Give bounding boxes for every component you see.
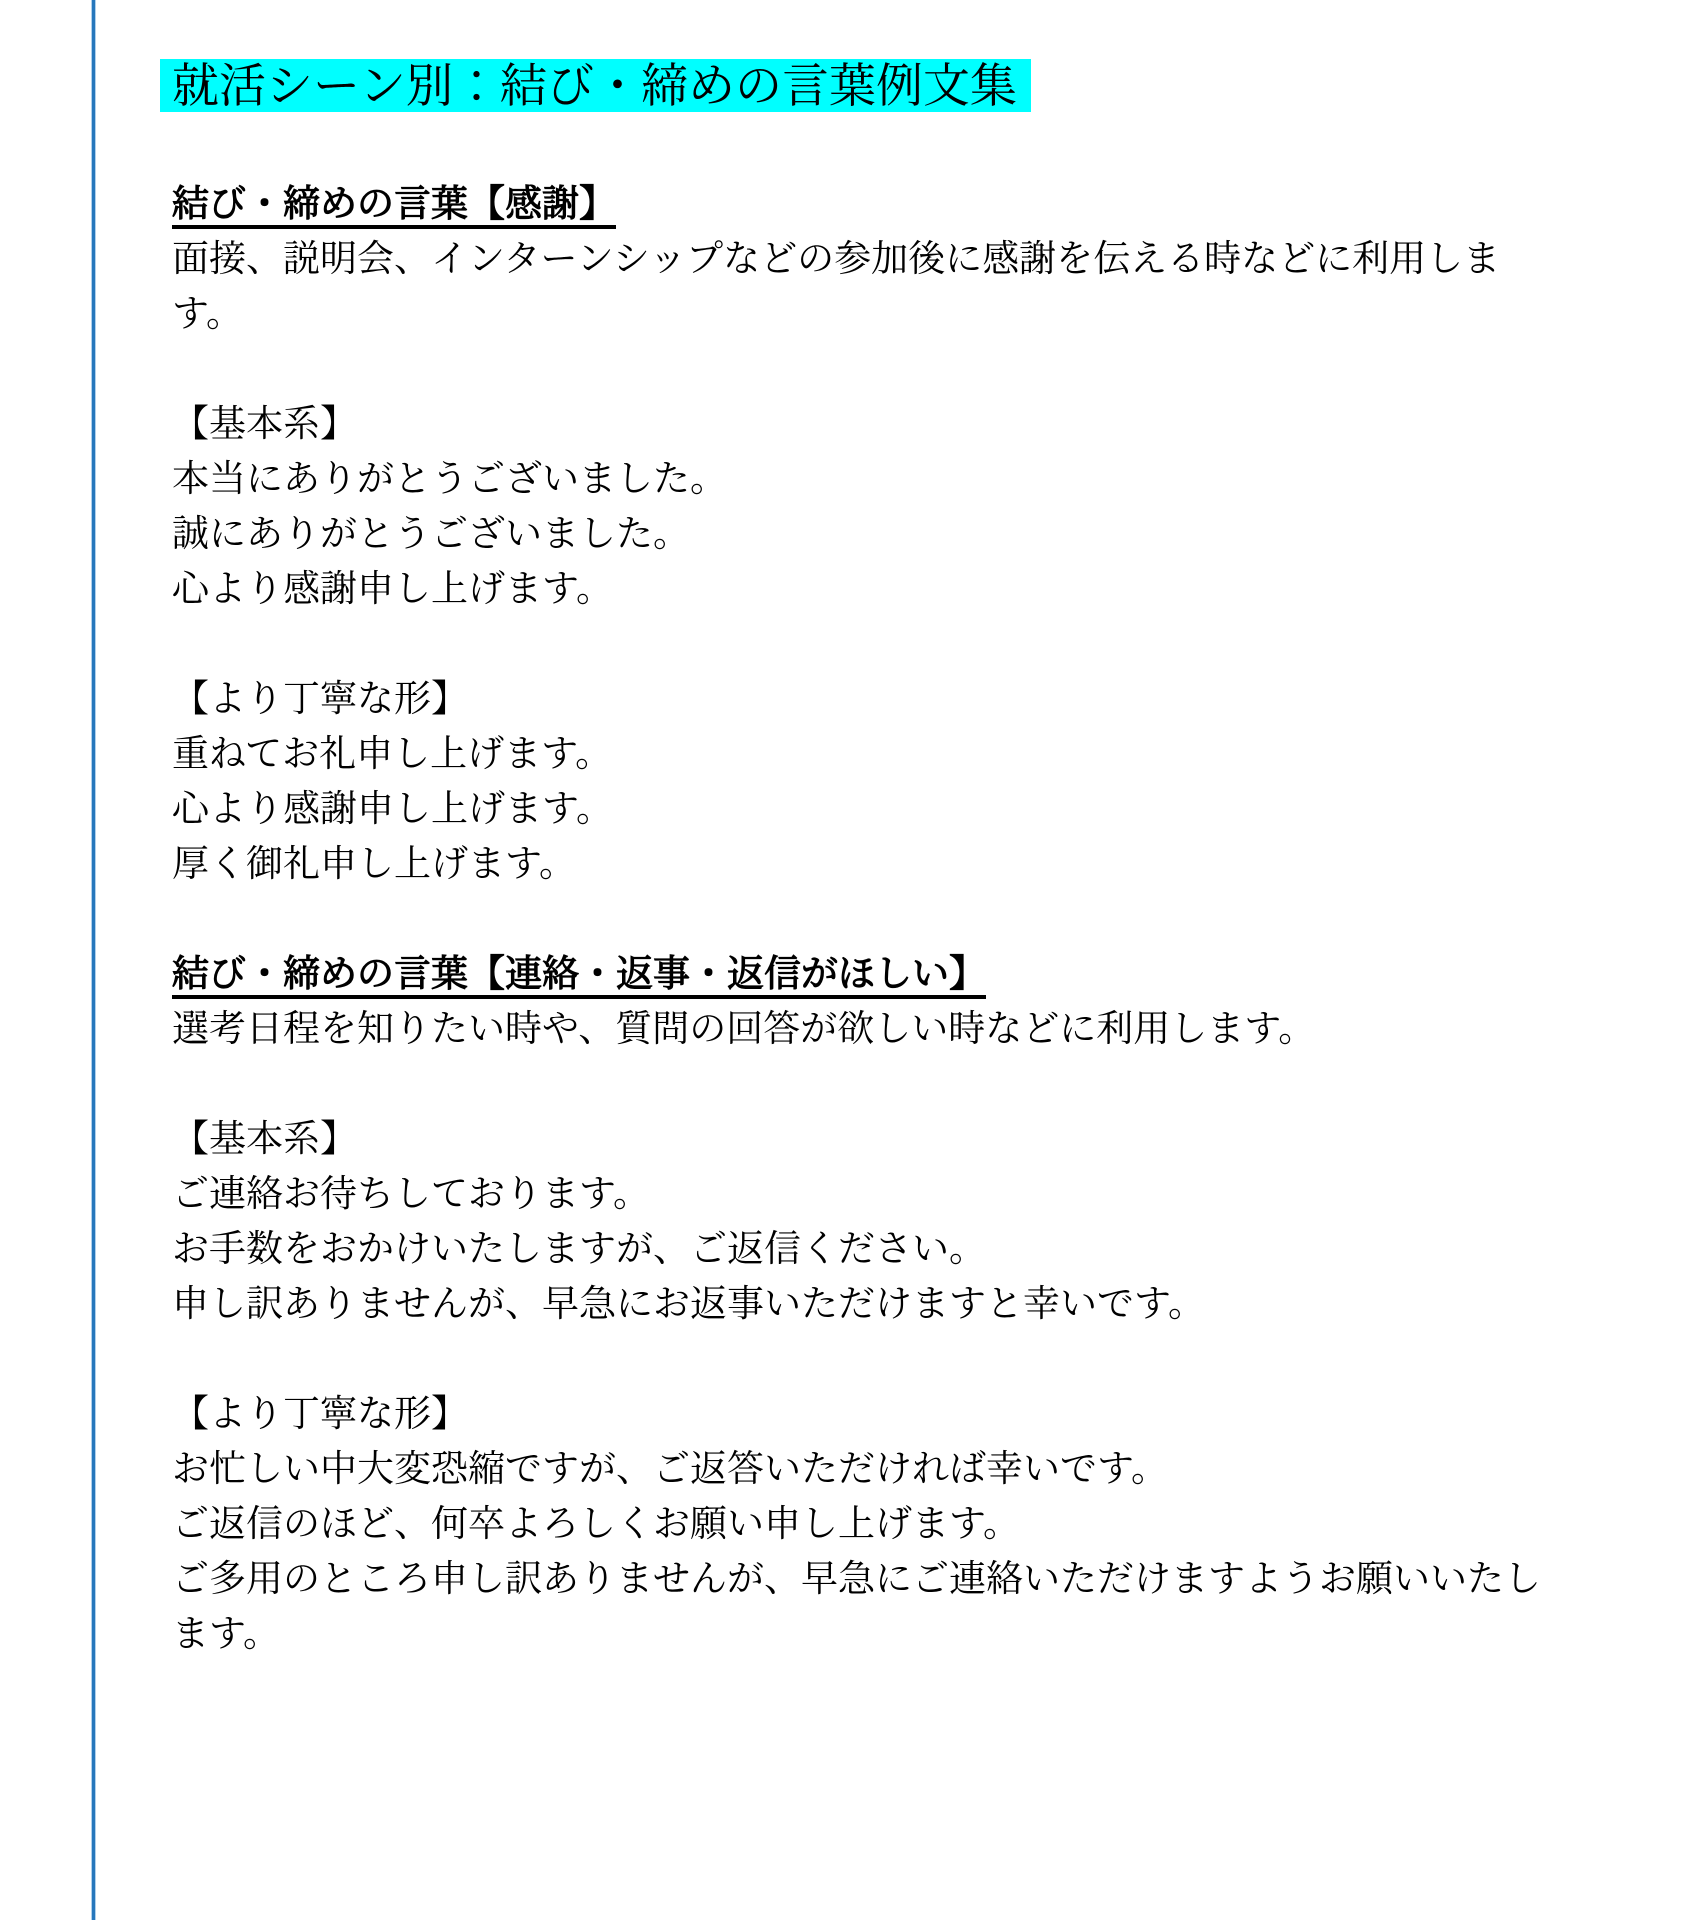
section-gratitude: 結び・締めの言葉【感謝】 面接、説明会、インターンシップなどの参加後に感謝を伝え…: [172, 176, 1554, 891]
group-label: 【基本系】: [172, 396, 1554, 451]
phrase-item: ご多用のところ申し訳ありませんが、早急にご連絡いただけますようお願いいたします。: [172, 1551, 1554, 1661]
phrase-item: 申し訳ありませんが、早急にお返事いただけますと幸いです。: [172, 1276, 1554, 1331]
page-title: 就活シーン別：結び・締めの言葉例文集: [160, 59, 1031, 112]
section-heading-text: 結び・締めの言葉【感謝】: [172, 183, 616, 229]
phrase-item: 誠にありがとうございました。: [172, 506, 1554, 561]
phrase-item: 厚く御礼申し上げます。: [172, 836, 1554, 891]
phrase-item: 心より感謝申し上げます。: [172, 561, 1554, 616]
phrase-item: ご返信のほど、何卒よろしくお願い申し上げます。: [172, 1496, 1554, 1551]
section-request-reply: 結び・締めの言葉【連絡・返事・返信がほしい】 選考日程を知りたい時や、質問の回答…: [172, 946, 1554, 1661]
phrase-group-polite: 【より丁寧な形】 お忙しい中大変恐縮ですが、ご返答いただければ幸いです。 ご返信…: [172, 1386, 1554, 1661]
phrase-group-basic: 【基本系】 本当にありがとうございました。 誠にありがとうございました。 心より…: [172, 396, 1554, 616]
document-content: 就活シーン別：結び・締めの言葉例文集 結び・締めの言葉【感謝】 面接、説明会、イ…: [172, 0, 1554, 1661]
phrase-item: 心より感謝申し上げます。: [172, 781, 1554, 836]
phrase-item: ご連絡お待ちしております。: [172, 1166, 1554, 1221]
phrase-item: 本当にありがとうございました。: [172, 451, 1554, 506]
group-label: 【より丁寧な形】: [172, 671, 1554, 726]
section-description: 面接、説明会、インターンシップなどの参加後に感謝を伝える時などに利用します。: [172, 231, 1554, 341]
group-label: 【基本系】: [172, 1111, 1554, 1166]
section-heading: 結び・締めの言葉【連絡・返事・返信がほしい】: [172, 946, 1554, 1001]
section-heading: 結び・締めの言葉【感謝】: [172, 176, 1554, 231]
phrase-item: お忙しい中大変恐縮ですが、ご返答いただければ幸いです。: [172, 1441, 1554, 1496]
phrase-group-basic: 【基本系】 ご連絡お待ちしております。 お手数をおかけいたしますが、ご返信くださ…: [172, 1111, 1554, 1331]
section-description: 選考日程を知りたい時や、質問の回答が欲しい時などに利用します。: [172, 1001, 1554, 1056]
group-label: 【より丁寧な形】: [172, 1386, 1554, 1441]
left-margin-rule: [92, 0, 95, 1920]
section-heading-text: 結び・締めの言葉【連絡・返事・返信がほしい】: [172, 953, 986, 999]
phrase-item: お手数をおかけいたしますが、ご返信ください。: [172, 1221, 1554, 1276]
title-row: 就活シーン別：結び・締めの言葉例文集: [172, 53, 1554, 119]
phrase-item: 重ねてお礼申し上げます。: [172, 726, 1554, 781]
phrase-group-polite: 【より丁寧な形】 重ねてお礼申し上げます。 心より感謝申し上げます。 厚く御礼申…: [172, 671, 1554, 891]
